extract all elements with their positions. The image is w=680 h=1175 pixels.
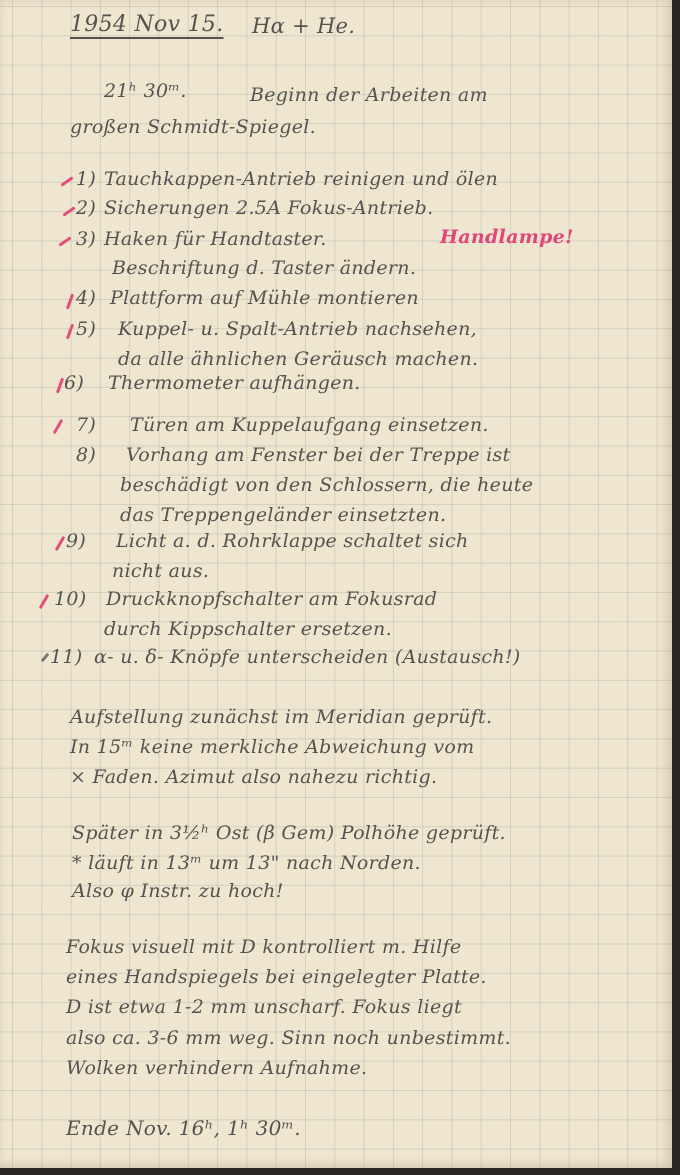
paragraph-2-line-3: Also φ Instr. zu hoch! [72, 880, 284, 902]
check-mark-4 [66, 293, 74, 309]
task-3-line-1: Haken für Handtaster. [104, 228, 327, 250]
task-1-line-1: Tauchkappen-Antrieb reinigen und ölen [104, 168, 498, 190]
task-number-5: 5) [76, 318, 96, 340]
task-10-line-1: Druckknopfschalter am Fokusrad [106, 588, 437, 610]
entry-subject: Hα + He. [252, 14, 355, 38]
task-number-2: 2) [76, 197, 96, 219]
intro-line-2: großen Schmidt-Spiegel. [70, 116, 316, 138]
paragraph-1-line-1: Aufstellung zunächst im Meridian geprüft… [70, 706, 492, 728]
task-6-line-1: Thermometer aufhängen. [108, 372, 361, 394]
paragraph-3-line-3: D ist etwa 1-2 mm unscharf. Fokus liegt [66, 996, 462, 1018]
paragraph-2-line-2: * läuft in 13ᵐ um 13" nach Norden. [72, 852, 421, 874]
check-mark-1 [60, 176, 73, 186]
task-number-6: 6) [64, 372, 84, 394]
task-number-8: 8) [76, 444, 96, 466]
task-9-line-2: nicht aus. [112, 560, 209, 582]
task-2-line-1: Sicherungen 2.5A Fokus-Antrieb. [104, 197, 433, 219]
check-mark-11 [41, 653, 50, 663]
end-time: Ende Nov. 16ʰ, 1ʰ 30ᵐ. [66, 1116, 301, 1140]
paragraph-3-line-2: eines Handspiegels bei eingelegter Platt… [66, 966, 487, 988]
task-8-line-1: Vorhang am Fenster bei der Treppe ist [126, 444, 511, 466]
check-mark-7 [53, 419, 64, 434]
task-5-line-2: da alle ähnlichen Geräusch machen. [118, 348, 478, 370]
intro-line-1: Beginn der Arbeiten am [250, 84, 488, 106]
start-time: 21ʰ 30ᵐ. [104, 80, 187, 102]
task-number-10: 10) [54, 588, 87, 610]
paragraph-1-line-3: × Faden. Azimut also nahezu richtig. [70, 766, 437, 788]
notebook-page: 1954 Nov 15. Hα + He. 21ʰ 30ᵐ. Beginn de… [0, 0, 672, 1168]
check-mark-9 [55, 536, 66, 551]
paragraph-3-line-1: Fokus visuell mit D kontrolliert m. Hilf… [66, 936, 461, 958]
task-3-annotation: Handlampe! [440, 226, 574, 248]
task-11-line-1: α- u. δ- Knöpfe unterscheiden (Austausch… [94, 646, 521, 668]
task-8-line-2: beschädigt von den Schlossern, die heute [120, 474, 533, 496]
task-9-line-1: Licht a. d. Rohrklappe schaltet sich [116, 530, 469, 552]
task-10-line-2: durch Kippschalter ersetzen. [104, 618, 392, 640]
task-7-line-1: Türen am Kuppelaufgang einsetzen. [130, 414, 489, 436]
task-number-7: 7) [76, 414, 96, 436]
task-number-3: 3) [76, 228, 96, 250]
check-mark-5 [66, 323, 74, 339]
paragraph-1-line-2: In 15ᵐ keine merkliche Abweichung vom [70, 736, 475, 758]
task-number-1: 1) [76, 168, 96, 190]
task-3-line-2: Beschriftung d. Taster ändern. [112, 257, 416, 279]
task-4-line-1: Plattform auf Mühle montieren [110, 287, 419, 309]
paragraph-3-line-4: also ca. 3-6 mm weg. Sinn noch unbestimm… [66, 1027, 511, 1049]
check-mark-3 [58, 236, 71, 246]
task-number-9: 9) [66, 530, 86, 552]
task-8-line-3: das Treppengeländer einsetzten. [120, 504, 446, 526]
task-number-11: 11) [50, 646, 83, 668]
check-mark-6 [56, 377, 64, 393]
check-mark-2 [62, 206, 75, 216]
check-mark-10 [39, 594, 50, 609]
entry-date: 1954 Nov 15. [70, 12, 224, 37]
paragraph-2-line-1: Später in 3½ʰ Ost (β Gem) Polhöhe geprüf… [72, 822, 506, 844]
paragraph-3-line-5: Wolken verhindern Aufnahme. [66, 1057, 367, 1079]
task-5-line-1: Kuppel- u. Spalt-Antrieb nachsehen, [118, 318, 477, 340]
task-number-4: 4) [76, 287, 96, 309]
